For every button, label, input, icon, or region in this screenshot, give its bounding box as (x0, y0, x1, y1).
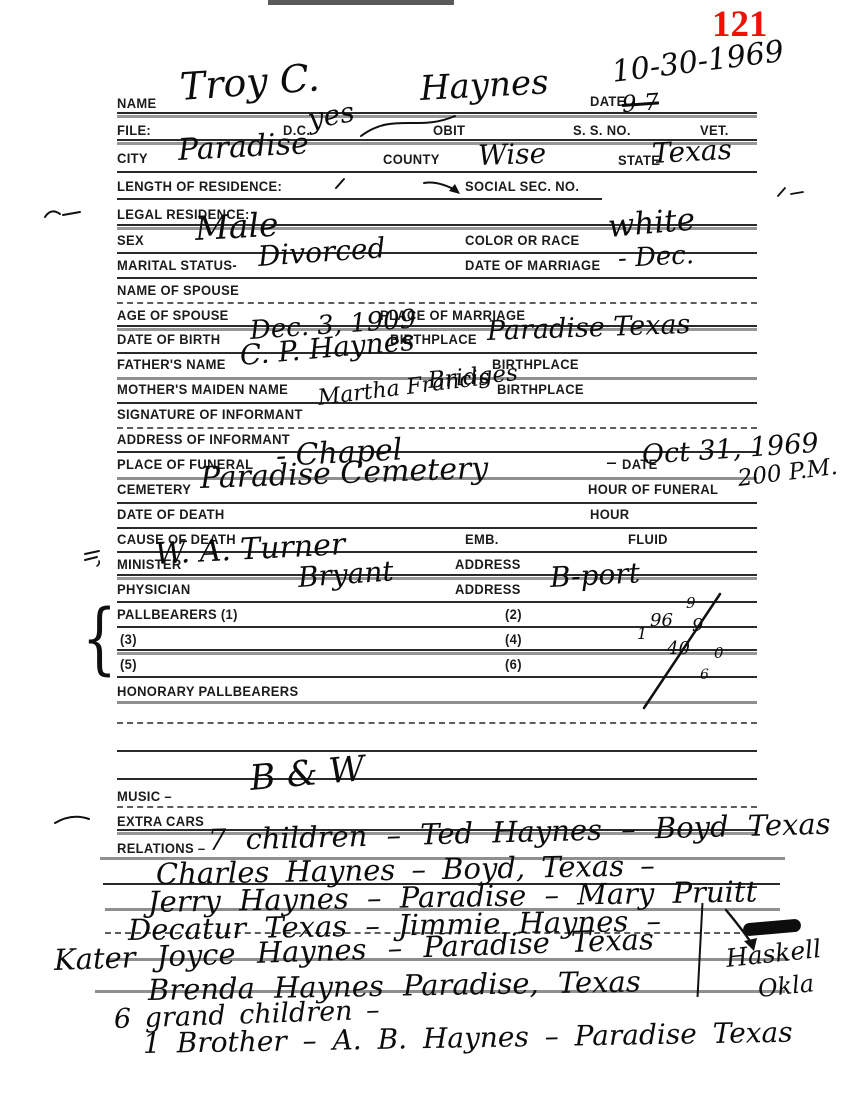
label-emb: EMB. (465, 533, 499, 547)
pen-arrow-to-social-sec (422, 178, 468, 200)
rule-line (117, 750, 757, 752)
label-pallbearers-6: (6) (505, 658, 522, 672)
scribble-digit: 9 (692, 617, 703, 635)
label-name: NAME (117, 97, 157, 111)
label-pallbearers-3: (3) (120, 633, 137, 647)
label-name-of-spouse: NAME OF SPOUSE (117, 284, 239, 298)
scribble-digit: 40 (667, 640, 690, 658)
label-fathers-name: FATHER'S NAME (117, 358, 226, 372)
rule-line (117, 806, 757, 808)
pen-tick-mark (333, 176, 349, 192)
scribble-digit: 96 (650, 612, 673, 630)
label-mothers-maiden-name: MOTHER'S MAIDEN NAME (117, 383, 288, 397)
handwritten-name-surname: Haynes (419, 65, 549, 106)
label-pallbearers-1: PALLBEARERS (1) (117, 608, 238, 622)
rule-line (117, 527, 757, 529)
rule-line (117, 277, 757, 279)
handwritten-state: Texas (651, 136, 732, 168)
label-file: FILE: (117, 124, 151, 138)
label-age-of-spouse: AGE OF SPOUSE (117, 309, 229, 323)
scanned-funeral-record-page: 121 NAME DATE FILE: D.C. OBIT S. S. NO. … (0, 0, 850, 1100)
pen-edge-mark (775, 184, 807, 200)
label-music: MUSIC – (117, 790, 172, 804)
label-county: COUNTY (383, 153, 440, 167)
label-signature-of-informant: SIGNATURE OF INFORMANT (117, 408, 303, 422)
handwritten-music: B & W (248, 752, 366, 797)
rule-line (117, 171, 757, 173)
rule-line (117, 427, 757, 429)
rule-line (117, 574, 757, 580)
label-date-of-birth: DATE OF BIRTH (117, 333, 220, 347)
label-pallbearers-5: (5) (120, 658, 137, 672)
handwritten-county: Wise (478, 140, 547, 170)
label-fluid: FLUID (628, 533, 668, 547)
label-date-of-death: DATE OF DEATH (117, 508, 225, 522)
handwritten-physician-address: B-port (549, 559, 640, 592)
rule-line (117, 302, 757, 304)
handwritten-birthplace: Paradise Texas (487, 311, 691, 345)
handwritten-relations-line-1: 7 children – Ted Haynes – Boyd Texas (208, 810, 831, 855)
pen-vertical-divider (697, 903, 704, 997)
label-honorary-pallbearers: HONORARY PALLBEARERS (117, 685, 298, 699)
handwritten-relations-line-8: 1 Brother – A. B. Haynes – Paradise Texa… (143, 1019, 793, 1058)
rule-line (117, 198, 602, 200)
pen-margin-squiggle-1 (42, 203, 86, 225)
scribble-digit: 0 (714, 646, 724, 661)
handwritten-date-of-marriage: - Dec. (617, 242, 694, 272)
pen-margin-mark-minister (83, 549, 105, 567)
label-minister-address: ADDRESS (455, 558, 521, 572)
label-date: DATE (590, 95, 626, 109)
pen-brace-pallbearers: { (82, 600, 117, 678)
rule-line (117, 502, 757, 504)
handwritten-name-given: Troy C. (179, 58, 321, 106)
label-length-of-residence: LENGTH OF RESIDENCE: (117, 180, 282, 194)
label-sex: SEX (117, 234, 144, 248)
rule-line (117, 722, 757, 724)
label-hour-of-funeral: HOUR OF FUNERAL (588, 483, 718, 497)
label-relations: RELATIONS – (117, 842, 205, 856)
rule-line (117, 352, 757, 354)
label-pallbearers-4: (4) (505, 633, 522, 647)
pen-arrow-to-side-note (718, 906, 772, 958)
handwritten-physician: Bryant (297, 557, 394, 592)
handwritten-dc-answer: yes (306, 98, 357, 134)
label-city: CITY (117, 152, 148, 166)
scribble-digit: 9 (686, 596, 696, 611)
handwritten-date: 10-30-1969 (610, 37, 785, 88)
handwritten-marital-status: Divorced (257, 234, 386, 271)
label-color-or-race: COLOR OR RACE (465, 234, 580, 248)
scribble-digit: 6 (700, 668, 709, 682)
label-physician: PHYSICIAN (117, 583, 191, 597)
handwritten-city: Paradise (177, 129, 309, 166)
scribble-digit: 1 (637, 626, 647, 642)
label-physician-address: ADDRESS (455, 583, 521, 597)
handwritten-cemetery: Paradise Cemetery (199, 454, 488, 494)
pen-flourish (358, 106, 458, 140)
scan-artifact-bar (268, 0, 454, 5)
label-ss-no: S. S. NO. (573, 124, 631, 138)
label-cemetery: CEMETERY (117, 483, 191, 497)
rule-line (117, 778, 757, 780)
pen-margin-squiggle-2 (52, 810, 92, 828)
handwritten-funeral-date-dash: – (606, 452, 617, 474)
handwritten-relations-side-note-2: Okla (757, 971, 815, 1001)
handwritten-date-struck-out: 9-7 (621, 91, 660, 117)
handwritten-color-or-race: white (607, 204, 697, 242)
label-date-of-marriage: DATE OF MARRIAGE (465, 259, 600, 273)
rule-line (117, 402, 757, 404)
label-address-of-informant: ADDRESS OF INFORMANT (117, 433, 290, 447)
label-social-sec-no: SOCIAL SEC. NO. (465, 180, 579, 194)
label-hour: HOUR (590, 508, 630, 522)
label-marital-status: MARITAL STATUS- (117, 259, 237, 273)
label-extra-cars: EXTRA CARS (117, 815, 204, 829)
label-pallbearers-2: (2) (505, 608, 522, 622)
